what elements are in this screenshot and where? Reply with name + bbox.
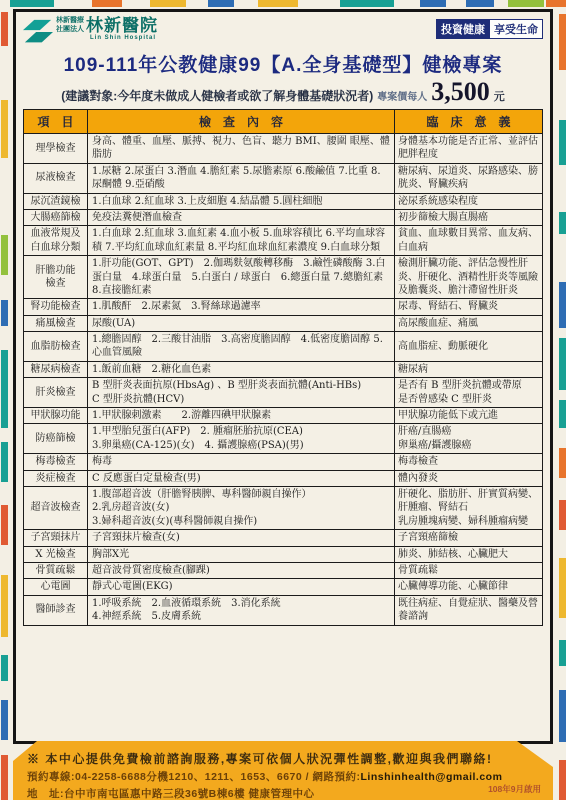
item-cell: 肝膽功能 檢查 bbox=[24, 256, 88, 299]
item-cell: 血液常規及 白血球分類 bbox=[24, 226, 88, 256]
border-dash bbox=[1, 505, 8, 545]
border-dash bbox=[559, 448, 566, 478]
contact-footer: ※ 本中心提供免費檢前諮詢服務,專案可依個人狀況彈性調整,歡迎與我們聯絡! 預約… bbox=[13, 741, 553, 800]
table-row: 肝膽功能 檢查1.肝功能(GOT、GPT) 2.伽瑪麩氨酸轉移酶 3.鹼性磷酸酶… bbox=[24, 256, 543, 299]
table-row: 梅毒檢查梅毒梅毒檢查 bbox=[24, 454, 543, 470]
item-cell: 痛風檢查 bbox=[24, 315, 88, 331]
content-cell: 身高、體重、血壓、脈搏、視力、色盲、聽力 BMI、腰圍 眼壓、體脂肪 bbox=[88, 134, 395, 164]
border-dash bbox=[258, 0, 298, 7]
booking-email: Linshinhealth@gmail.com bbox=[361, 771, 503, 783]
item-cell: 血脂肪檢查 bbox=[24, 332, 88, 362]
meaning-cell: 檢測肝臟功能、評估急慢性肝炎、肝硬化、酒精性肝炎等風險及膽囊炎、膽汁滯留性肝炎 bbox=[395, 256, 543, 299]
table-row: 防癌篩檢1.甲型胎兒蛋白(AFP) 2. 腫瘤胚胎抗原(CEA) 3.卵巢癌(C… bbox=[24, 424, 543, 454]
col-header-item: 項 目 bbox=[24, 110, 88, 134]
content-cell: 靜式心電圖(EKG) bbox=[88, 579, 395, 595]
table-row: 肝炎檢查B 型肝炎表面抗原(HbsAg) 、B 型肝炎表面抗體(Anti-HBs… bbox=[24, 378, 543, 408]
col-header-meaning: 臨 床 意 義 bbox=[395, 110, 543, 134]
table-row: 痛風檢查尿酸(UA)高尿酸血症、痛風 bbox=[24, 315, 543, 331]
border-dash bbox=[1, 100, 8, 158]
price-unit: 元 bbox=[494, 88, 505, 104]
content-cell: 子宮頸抹片檢查(女) bbox=[88, 530, 395, 546]
border-dash bbox=[559, 212, 566, 234]
border-dash bbox=[466, 0, 494, 7]
content-cell: 1.肌酸酐 2.尿素氮 3.腎絲球過濾率 bbox=[88, 299, 395, 315]
border-dash bbox=[546, 0, 566, 7]
meaning-cell: 肝癌/直腸癌 卵巢癌/攝護腺癌 bbox=[395, 424, 543, 454]
content-cell: 1.總膽固醇 2.三酸甘油脂 3.高密度膽固醇 4.低密度膽固醇 5.心血管風險 bbox=[88, 332, 395, 362]
footer-notice: ※ 本中心提供免費檢前諮詢服務,專案可依個人狀況彈性調整,歡迎與我們聯絡! bbox=[27, 750, 541, 767]
table-row: 尿沉渣鏡檢1.白血球 2.紅血球 3.上皮細胞 4.結晶體 5.圓柱細胞泌尿系統… bbox=[24, 193, 543, 209]
hospital-name-en: Lin Shin Hospital bbox=[90, 35, 158, 41]
content-cell: 1.甲型胎兒蛋白(AFP) 2. 腫瘤胚胎抗原(CEA) 3.卵巢癌(CA-12… bbox=[88, 424, 395, 454]
price-value: 3,500 bbox=[431, 80, 490, 103]
content-cell: 尿酸(UA) bbox=[88, 315, 395, 331]
meaning-cell: 貧血、血球數目異常、血友病、白血病 bbox=[395, 226, 543, 256]
border-dash bbox=[208, 0, 234, 7]
scanned-health-checkup-flyer: { "logo": { "org_line1": "林新醫療", "org_li… bbox=[0, 0, 566, 800]
border-dash bbox=[508, 0, 544, 7]
border-dash bbox=[1, 755, 8, 800]
table-row: 糖尿病檢查1.飯前血糖 2.糖化血色素糖尿病 bbox=[24, 361, 543, 377]
meaning-cell: 高尿酸血症、痛風 bbox=[395, 315, 543, 331]
item-cell: 子宮頸抹片 bbox=[24, 530, 88, 546]
page-title: 109-111年公教健康99【A.全身基礎型】健檢專案 bbox=[23, 50, 543, 77]
border-dash bbox=[340, 0, 394, 7]
meaning-cell: 身體基本功能是否正常、並評估肥胖程度 bbox=[395, 134, 543, 164]
logo-org-line1: 林新醫療 bbox=[56, 17, 84, 24]
item-cell: 梅毒檢查 bbox=[24, 454, 88, 470]
meaning-cell: 初步篩檢大腸直腸癌 bbox=[395, 209, 543, 225]
table-row: X 光檢查胸部X光肺炎、肺結核、心臟肥大 bbox=[24, 546, 543, 562]
table-row: 大腸癌篩檢免疫法糞便潛血檢查初步篩檢大腸直腸癌 bbox=[24, 209, 543, 225]
meaning-cell: 甲狀腺功能低下或亢進 bbox=[395, 408, 543, 424]
table-row: 甲狀腺功能1.甲狀腺刺激素 2.游離四碘甲狀腺素甲狀腺功能低下或亢進 bbox=[24, 408, 543, 424]
meaning-cell: 泌尿系統感染程度 bbox=[395, 193, 543, 209]
border-dash bbox=[1, 12, 8, 46]
content-cell: 1.尿糖 2.尿蛋白 3.潛血 4.膽紅素 5.尿膽素原 6.酸鹼值 7.比重 … bbox=[88, 163, 395, 193]
meaning-cell: 肺炎、肺結核、心臟肥大 bbox=[395, 546, 543, 562]
border-dash bbox=[150, 0, 186, 7]
hospital-logo-text: 林新醫療 社團法人 林新醫院 Lin Shin Hospital bbox=[56, 17, 158, 41]
border-dash bbox=[1, 350, 8, 428]
item-cell: 超音波檢查 bbox=[24, 486, 88, 529]
content-cell: 1.甲狀腺刺激素 2.游離四碘甲狀腺素 bbox=[88, 408, 395, 424]
item-cell: 肝炎檢查 bbox=[24, 378, 88, 408]
slogan-invest: 投資健康 bbox=[436, 19, 490, 39]
item-cell: 防癌篩檢 bbox=[24, 424, 88, 454]
item-cell: 醫師診查 bbox=[24, 595, 88, 625]
border-dash bbox=[559, 282, 566, 328]
content-cell: 1.肝功能(GOT、GPT) 2.伽瑪麩氨酸轉移酶 3.鹼性磷酸酶 3.白蛋白量… bbox=[88, 256, 395, 299]
table-row: 心電圖靜式心電圖(EKG)心臟傳導功能、心臟節律 bbox=[24, 579, 543, 595]
subtitle-row: (建議對象:今年度未做成人健檢者或欲了解身體基礎狀況者) 專案價每人 3,500… bbox=[23, 80, 543, 104]
meaning-cell: 是否有 B 型肝炎抗體或帶原 是否曾感染 C 型肝炎 bbox=[395, 378, 543, 408]
content-cell: 1.飯前血糖 2.糖化血色素 bbox=[88, 361, 395, 377]
item-cell: 尿沉渣鏡檢 bbox=[24, 193, 88, 209]
target-audience: (建議對象:今年度未做成人健檢者或欲了解身體基礎狀況者) bbox=[61, 87, 373, 104]
logo-org-line2: 社團法人 bbox=[56, 26, 84, 33]
border-dash bbox=[92, 0, 122, 7]
hospital-name: 林新醫院 bbox=[86, 17, 158, 34]
table-row: 血液常規及 白血球分類1.白血球 2.紅血球 3.血紅素 4.血小板 5.血球容… bbox=[24, 226, 543, 256]
item-cell: 尿液檢查 bbox=[24, 163, 88, 193]
content-cell: 超音波骨質密度檢查(腳踝) bbox=[88, 562, 395, 578]
item-cell: 炎症檢查 bbox=[24, 470, 88, 486]
border-dash bbox=[559, 558, 566, 618]
address-line: 地 址:台中市南屯區惠中路三段36號B棟6樓 健康管理中心 bbox=[27, 786, 541, 800]
table-row: 腎功能檢查1.肌酸酐 2.尿素氮 3.腎絲球過濾率尿毒、腎結石、腎臟炎 bbox=[24, 299, 543, 315]
table-row: 尿液檢查1.尿糖 2.尿蛋白 3.潛血 4.膽紅素 5.尿膽素原 6.酸鹼值 7… bbox=[24, 163, 543, 193]
content-cell: 1.白血球 2.紅血球 3.上皮細胞 4.結晶體 5.圓柱細胞 bbox=[88, 193, 395, 209]
table-header-row: 項 目 檢 查 內 容 臨 床 意 義 bbox=[24, 110, 543, 134]
table-row: 子宮頸抹片子宮頸抹片檢查(女)子宮頸癌篩檢 bbox=[24, 530, 543, 546]
item-cell: 甲狀腺功能 bbox=[24, 408, 88, 424]
item-cell: 心電圖 bbox=[24, 579, 88, 595]
content-cell: 1.腹部超音波（肝膽腎胰脾、專科醫師親自操作） 2.乳房超音波(女) 3.婦科超… bbox=[88, 486, 395, 529]
border-dash bbox=[1, 442, 8, 482]
item-cell: 骨質疏鬆 bbox=[24, 562, 88, 578]
meaning-cell: 骨質疏鬆 bbox=[395, 562, 543, 578]
price-label: 專案價每人 bbox=[377, 88, 427, 103]
border-dash bbox=[1, 700, 8, 740]
content-cell: 梅毒 bbox=[88, 454, 395, 470]
border-dash bbox=[1, 300, 8, 326]
table-row: 血脂肪檢查1.總膽固醇 2.三酸甘油脂 3.高密度膽固醇 4.低密度膽固醇 5.… bbox=[24, 332, 543, 362]
content-cell: B 型肝炎表面抗原(HbsAg) 、B 型肝炎表面抗體(Anti-HBs) C … bbox=[88, 378, 395, 408]
border-dash bbox=[559, 690, 566, 742]
meaning-cell: 糖尿病 bbox=[395, 361, 543, 377]
table-row: 超音波檢查1.腹部超音波（肝膽腎胰脾、專科醫師親自操作） 2.乳房超音波(女) … bbox=[24, 486, 543, 529]
meaning-cell: 心臟傳導功能、心臟節律 bbox=[395, 579, 543, 595]
meaning-cell: 既往病症、自覺症狀、醫藥及營養諮詢 bbox=[395, 595, 543, 625]
border-dash bbox=[559, 760, 566, 800]
border-dash bbox=[10, 0, 54, 7]
meaning-cell: 肝硬化、脂肪肝、肝實質病變、肝腫瘤、腎結石 乳房腫塊病變、婦科腫瘤病變 bbox=[395, 486, 543, 529]
document-frame: 林新醫療 社團法人 林新醫院 Lin Shin Hospital 投資健康 享受… bbox=[13, 9, 553, 744]
phone-numbers: 預約專線:04-2258-6688分機1210、1211、1653、6670 /… bbox=[27, 771, 361, 783]
border-dash bbox=[1, 575, 8, 637]
item-cell: 腎功能檢查 bbox=[24, 299, 88, 315]
col-header-content: 檢 查 內 容 bbox=[88, 110, 395, 134]
content-cell: C 反應蛋白定量檢查(男) bbox=[88, 470, 395, 486]
hospital-logo: 林新醫療 社團法人 林新醫院 Lin Shin Hospital bbox=[23, 17, 158, 45]
table-row: 理學檢查身高、體重、血壓、脈搏、視力、色盲、聽力 BMI、腰圍 眼壓、體脂肪身體… bbox=[24, 134, 543, 164]
item-cell: 大腸癌篩檢 bbox=[24, 209, 88, 225]
table-row: 骨質疏鬆超音波骨質密度檢查(腳踝)骨質疏鬆 bbox=[24, 562, 543, 578]
border-dash bbox=[1, 655, 8, 681]
content-cell: 胸部X光 bbox=[88, 546, 395, 562]
meaning-cell: 高血脂症、動脈硬化 bbox=[395, 332, 543, 362]
logo-org-lines: 林新醫療 社團法人 bbox=[56, 17, 84, 33]
checkup-table: 項 目 檢 查 內 容 臨 床 意 義 理學檢查身高、體重、血壓、脈搏、視力、色… bbox=[23, 109, 543, 626]
border-dash bbox=[559, 14, 566, 70]
meaning-cell: 體內發炎 bbox=[395, 470, 543, 486]
slogan-badge: 投資健康 享受生命 bbox=[436, 19, 543, 39]
hospital-logo-icon bbox=[23, 19, 53, 45]
border-dash bbox=[420, 0, 446, 7]
item-cell: X 光檢查 bbox=[24, 546, 88, 562]
meaning-cell: 子宮頸癌篩檢 bbox=[395, 530, 543, 546]
border-dash bbox=[559, 640, 566, 666]
item-cell: 理學檢查 bbox=[24, 134, 88, 164]
item-cell: 糖尿病檢查 bbox=[24, 361, 88, 377]
document-header: 林新醫療 社團法人 林新醫院 Lin Shin Hospital 投資健康 享受… bbox=[23, 17, 543, 45]
border-dash bbox=[1, 235, 8, 275]
table-row: 醫師診查1.呼吸系統 2.血液循環系統 3.消化系統 4.神經系統 5.皮膚系統… bbox=[24, 595, 543, 625]
content-cell: 1.呼吸系統 2.血液循環系統 3.消化系統 4.神經系統 5.皮膚系統 bbox=[88, 595, 395, 625]
meaning-cell: 糖尿病、尿道炎、尿路感染、膀胱炎、腎臟疾病 bbox=[395, 163, 543, 193]
border-dash bbox=[559, 338, 566, 390]
slogan-enjoy: 享受生命 bbox=[490, 19, 543, 39]
border-dash bbox=[559, 400, 566, 428]
meaning-cell: 梅毒檢查 bbox=[395, 454, 543, 470]
table-row: 炎症檢查C 反應蛋白定量檢查(男)體內發炎 bbox=[24, 470, 543, 486]
border-dash bbox=[559, 500, 566, 530]
meaning-cell: 尿毒、腎結石、腎臟炎 bbox=[395, 299, 543, 315]
effective-date: 108年9月啟用 bbox=[488, 783, 541, 795]
border-dash bbox=[559, 120, 566, 165]
booking-phone-line: 預約專線:04-2258-6688分機1210、1211、1653、6670 /… bbox=[27, 769, 541, 784]
content-cell: 免疫法糞便潛血檢查 bbox=[88, 209, 395, 225]
content-cell: 1.白血球 2.紅血球 3.血紅素 4.血小板 5.血球容積比 6.平均血球容積… bbox=[88, 226, 395, 256]
